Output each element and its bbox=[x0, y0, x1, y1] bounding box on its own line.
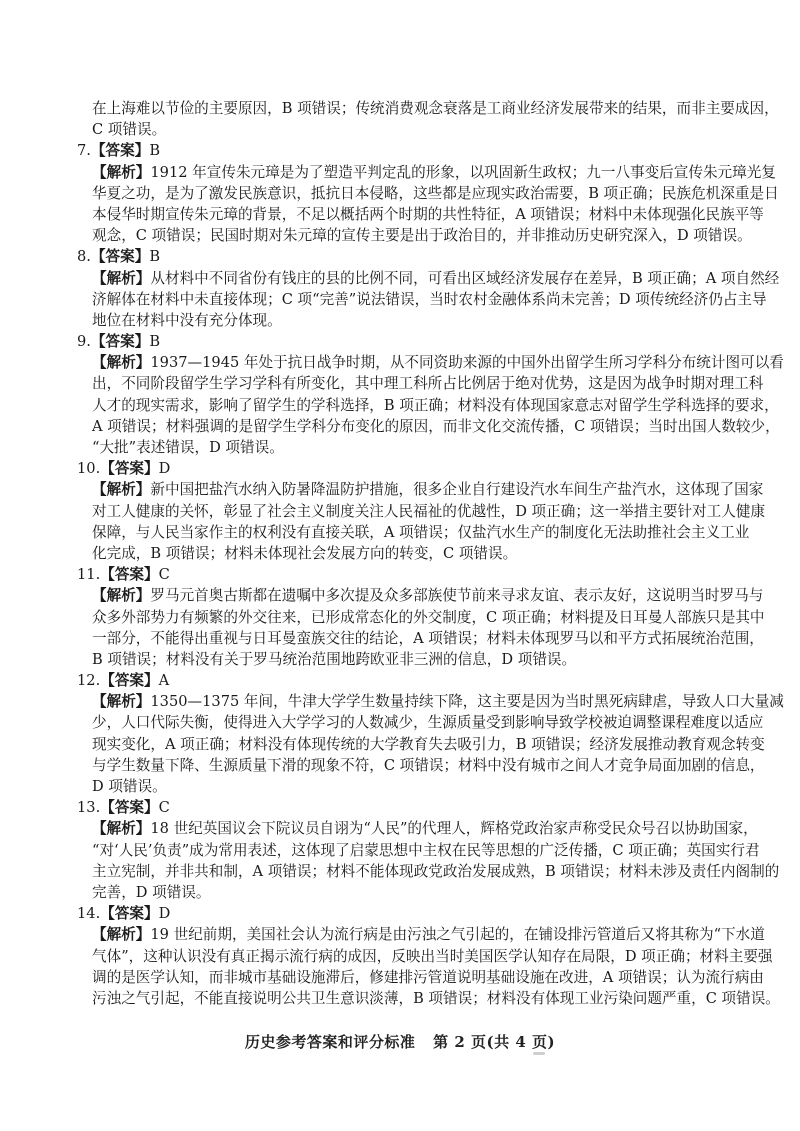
answer-value: B bbox=[149, 142, 160, 159]
text-line: 现实变化，A 项正确；材料没有体现传统的大学教育失去吸引力，B 项错误；经济发展… bbox=[77, 734, 737, 755]
answer-label: 【答案】 bbox=[100, 566, 158, 583]
question-number: 13. bbox=[77, 799, 100, 816]
text-line: 一部分，不能得出重视与日耳曼蛮族交往的结论，A 项错误；材料未体现罗马以和平方式… bbox=[77, 628, 737, 649]
answer-line: 13.【答案】C bbox=[77, 797, 737, 818]
answer-value: A bbox=[159, 672, 170, 689]
analysis-label: 【解析】 bbox=[92, 164, 150, 181]
analysis-line: 【解析】18 世纪英国议会下院议员自诩为“人民”的代理人，辉格党政治家声称受民众… bbox=[77, 818, 737, 839]
answer-line: 9.【答案】B bbox=[77, 331, 737, 352]
question-number: 8. bbox=[77, 248, 91, 265]
question-12: 12.【答案】A 【解析】1350—1375 年间，牛津大学学生数量持续下降，这… bbox=[77, 670, 737, 797]
answer-line: 8.【答案】B bbox=[77, 246, 737, 267]
text-line: 观念，C 项错误；民国时期对朱元璋的宣传主要是出于政治目的，并非推动历史研究深入… bbox=[77, 225, 737, 246]
text-line: 与学生数量下降、生源质量下滑的现象不符，C 项错误；材料中没有城市之间人才竞争局… bbox=[77, 755, 737, 776]
answer-value: C bbox=[159, 799, 170, 816]
answer-line: 14.【答案】D bbox=[77, 903, 737, 924]
analysis-label: 【解析】 bbox=[92, 693, 150, 710]
analysis-label: 【解析】 bbox=[92, 820, 150, 837]
text-line: D 项错误。 bbox=[77, 776, 737, 797]
question-13: 13.【答案】C 【解析】18 世纪英国议会下院议员自诩为“人民”的代理人，辉格… bbox=[77, 797, 737, 903]
answer-label: 【答案】 bbox=[100, 799, 158, 816]
text-line: C 项错误。 bbox=[77, 119, 737, 140]
text-line: A 项错误；材料强调的是留学生学科分布变化的原因，而非文化交流传播，C 项错误；… bbox=[77, 416, 737, 437]
analysis-line: 【解析】1912 年宣传朱元璋是为了塑造平判定乱的形象，以巩固新生政权；九一八事… bbox=[77, 162, 737, 183]
analysis-line: 【解析】罗马元首奥古斯都在遗嘱中多次提及众多部族使节前来寻求友谊、表示友好，这说… bbox=[77, 585, 737, 606]
answer-label: 【答案】 bbox=[91, 333, 149, 350]
text-line: 少，人口代际失衡，使得进入大学学习的人数减少，生源质量受到影响导致学校被迫调整课… bbox=[77, 712, 737, 733]
answer-value: D bbox=[159, 905, 171, 922]
text-line: 本侵华时期宣传朱元璋的背景，不足以概括两个时期的共性特征，A 项错误；材料中未体… bbox=[77, 204, 737, 225]
answer-line: 11.【答案】C bbox=[77, 564, 737, 585]
analysis-line: 【解析】19 世纪前期，美国社会认为流行病是由污浊之气引起的，在铺设排污管道后又… bbox=[77, 924, 737, 945]
analysis-label: 【解析】 bbox=[92, 270, 150, 287]
text-line: 济解体在材料中未直接体现；C 项“完善”说法错误，当时农村金融体系尚未完善；D … bbox=[77, 289, 737, 310]
answer-value: C bbox=[159, 566, 170, 583]
answer-label: 【答案】 bbox=[100, 460, 158, 477]
text-line: 保障，与人民当家作主的权利没有直接关联，A 项错误；仅盐汽水生产的制度化无法助推… bbox=[77, 522, 737, 543]
page-footer: 历史参考答案和评分标准 第 2 页(共 4 页) bbox=[0, 1031, 800, 1052]
scan-smudge bbox=[533, 1052, 545, 1055]
question-number: 9. bbox=[77, 333, 91, 350]
text-line: 对工人健康的关怀，彰显了社会主义制度关注人民福祉的优越性，D 项正确；这一举措主… bbox=[77, 501, 737, 522]
text-line: B 项错误；材料没有关于罗马统治范围地跨欧亚非三洲的信息，D 项错误。 bbox=[77, 649, 737, 670]
question-9: 9.【答案】B 【解析】1937—1945 年处于抗日战争时期，从不同资助来源的… bbox=[77, 331, 737, 458]
question-11: 11.【答案】C 【解析】罗马元首奥古斯都在遗嘱中多次提及众多部族使节前来寻求友… bbox=[77, 564, 737, 670]
answer-line: 12.【答案】A bbox=[77, 670, 737, 691]
text-line: 污浊之气引起，不能直接说明公共卫生意识淡薄，B 项错误；材料没有体现工业污染问题… bbox=[77, 988, 737, 1009]
text-line: “大批”表述错误，D 项错误。 bbox=[77, 437, 737, 458]
answer-line: 7.【答案】B bbox=[77, 140, 737, 161]
analysis-label: 【解析】 bbox=[92, 481, 150, 498]
answer-label: 【答案】 bbox=[100, 672, 158, 689]
text-line: 在上海难以节俭的主要原因，B 项错误；传统消费观念衰落是工商业经济发展带来的结果… bbox=[77, 98, 737, 119]
question-number: 14. bbox=[77, 905, 100, 922]
answer-line: 10.【答案】D bbox=[77, 458, 737, 479]
question-number: 10. bbox=[77, 460, 100, 477]
analysis-label: 【解析】 bbox=[92, 354, 150, 371]
analysis-line: 【解析】1350—1375 年间，牛津大学学生数量持续下降，这主要是因为当时黑死… bbox=[77, 691, 737, 712]
question-7: 7.【答案】B 【解析】1912 年宣传朱元璋是为了塑造平判定乱的形象，以巩固新… bbox=[77, 140, 737, 246]
text-line: 化完成，B 项错误；材料未体现社会发展方向的转变，C 项错误。 bbox=[77, 543, 737, 564]
analysis-line: 【解析】从材料中不同省份有钱庄的县的比例不同，可看出区域经济发展存在差异，B 项… bbox=[77, 268, 737, 289]
answer-label: 【答案】 bbox=[100, 905, 158, 922]
answer-value: B bbox=[149, 333, 160, 350]
text-line: “对‘人民’负责”成为常用表述，这体现了启蒙思想中主权在民等思想的广泛传播，C … bbox=[77, 840, 737, 861]
text-line: 华夏之功，是为了激发民族意识，抵抗日本侵略，这些都是应现实政治需要，B 项正确；… bbox=[77, 183, 737, 204]
question-number: 7. bbox=[77, 142, 91, 159]
text-line: 主立宪制，并非共和制，A 项错误；材料不能体现政党政治发展成熟，B 项错误；材料… bbox=[77, 861, 737, 882]
continuation-block: 在上海难以节俭的主要原因，B 项错误；传统消费观念衰落是工商业经济发展带来的结果… bbox=[77, 98, 737, 140]
answer-key-page: 在上海难以节俭的主要原因，B 项错误；传统消费观念衰落是工商业经济发展带来的结果… bbox=[77, 98, 737, 1009]
text-line: 气体”，这种认识没有真正揭示流行病的成因，反映出当时美国医学认知存在局限，D 项… bbox=[77, 946, 737, 967]
answer-value: B bbox=[149, 248, 160, 265]
analysis-line: 【解析】1937—1945 年处于抗日战争时期，从不同资助来源的中国外出留学生所… bbox=[77, 352, 737, 373]
analysis-label: 【解析】 bbox=[92, 926, 150, 943]
question-8: 8.【答案】B 【解析】从材料中不同省份有钱庄的县的比例不同，可看出区域经济发展… bbox=[77, 246, 737, 331]
analysis-label: 【解析】 bbox=[92, 587, 150, 604]
text-line: 调的是医学认知，而非城市基础设施滞后，修建排污管道说明基础设施在改进，A 项错误… bbox=[77, 967, 737, 988]
answer-value: D bbox=[159, 460, 171, 477]
question-14: 14.【答案】D 【解析】19 世纪前期，美国社会认为流行病是由污浊之气引起的，… bbox=[77, 903, 737, 1009]
text-line: 出，不同阶段留学生学习学科有所变化，其中理工科所占比例居于绝对优势，这是因为战争… bbox=[77, 373, 737, 394]
answer-label: 【答案】 bbox=[91, 142, 149, 159]
text-line: 人才的现实需求，影响了留学生的学科选择，B 项正确；材料没有体现国家意志对留学生… bbox=[77, 395, 737, 416]
answer-label: 【答案】 bbox=[91, 248, 149, 265]
question-number: 12. bbox=[77, 672, 100, 689]
text-line: 众多外部势力有频繁的外交往来，已形成常态化的外交制度，C 项正确；材料提及日耳曼… bbox=[77, 607, 737, 628]
text-line: 地位在材料中没有充分体现。 bbox=[77, 310, 737, 331]
footer-title: 历史参考答案和评分标准 bbox=[245, 1033, 416, 1051]
analysis-line: 【解析】新中国把盐汽水纳入防暑降温防护措施，很多企业自行建设汽水车间生产盐汽水，… bbox=[77, 479, 737, 500]
question-number: 11. bbox=[77, 566, 100, 583]
text-line: 完善，D 项错误。 bbox=[77, 882, 737, 903]
page-number: 第 2 页(共 4 页) bbox=[433, 1033, 555, 1051]
question-10: 10.【答案】D 【解析】新中国把盐汽水纳入防暑降温防护措施，很多企业自行建设汽… bbox=[77, 458, 737, 564]
